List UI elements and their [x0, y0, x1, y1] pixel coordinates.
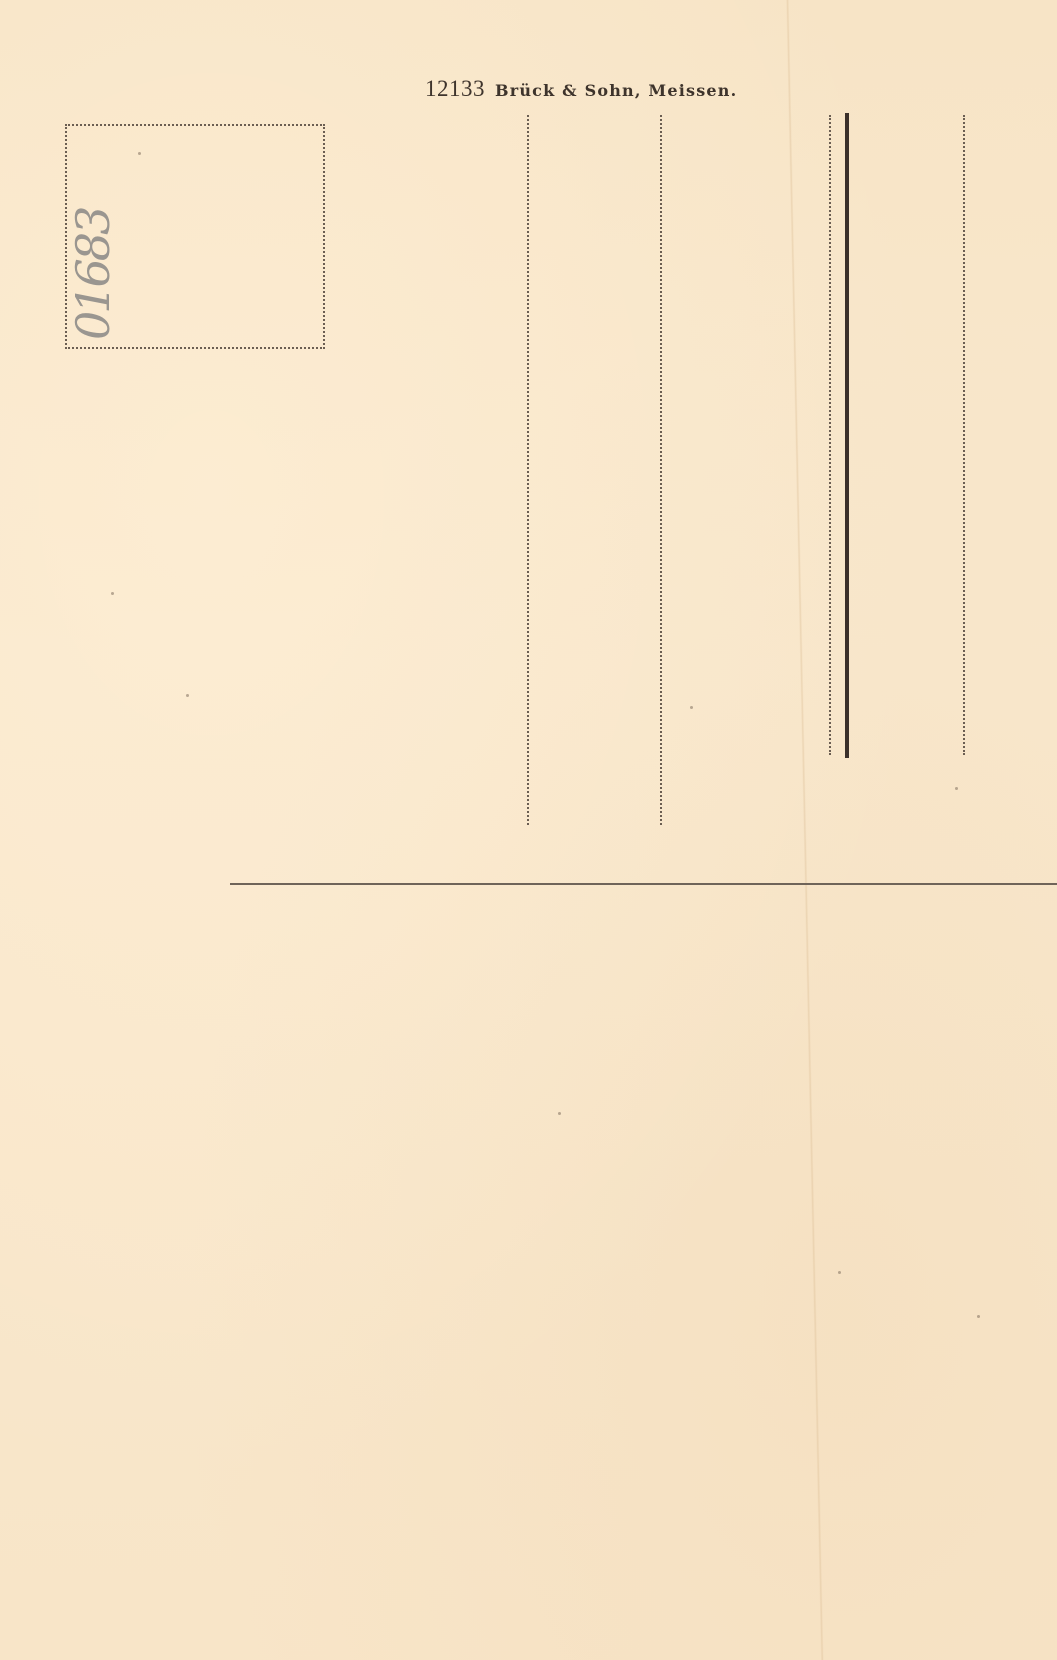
handwritten-note: 01683 [66, 209, 120, 340]
dotted-divider-2 [660, 115, 662, 825]
handwritten-note-wrap: 01683 [66, 340, 197, 394]
paper-speck [838, 1271, 841, 1274]
publisher-name: Brück & Sohn, Meissen. [495, 81, 737, 100]
fold-crease [786, 0, 824, 1660]
paper-speck [558, 1112, 561, 1115]
publisher-imprint: 12133Brück & Sohn, Meissen. [425, 76, 737, 102]
paper-speck [690, 706, 693, 709]
horizontal-divider [230, 883, 1057, 885]
dotted-divider-4 [963, 115, 965, 755]
paper-speck [955, 787, 958, 790]
publisher-number: 12133 [425, 76, 485, 101]
paper-speck [977, 1315, 980, 1318]
paper-speck [186, 694, 189, 697]
postcard-back: 12133Brück & Sohn, Meissen. 01683 [0, 0, 1057, 1660]
paper-speck [138, 152, 141, 155]
paper-speck [111, 592, 114, 595]
dotted-divider-3 [829, 115, 831, 755]
dotted-divider-1 [527, 115, 529, 825]
solid-divider [845, 113, 849, 758]
